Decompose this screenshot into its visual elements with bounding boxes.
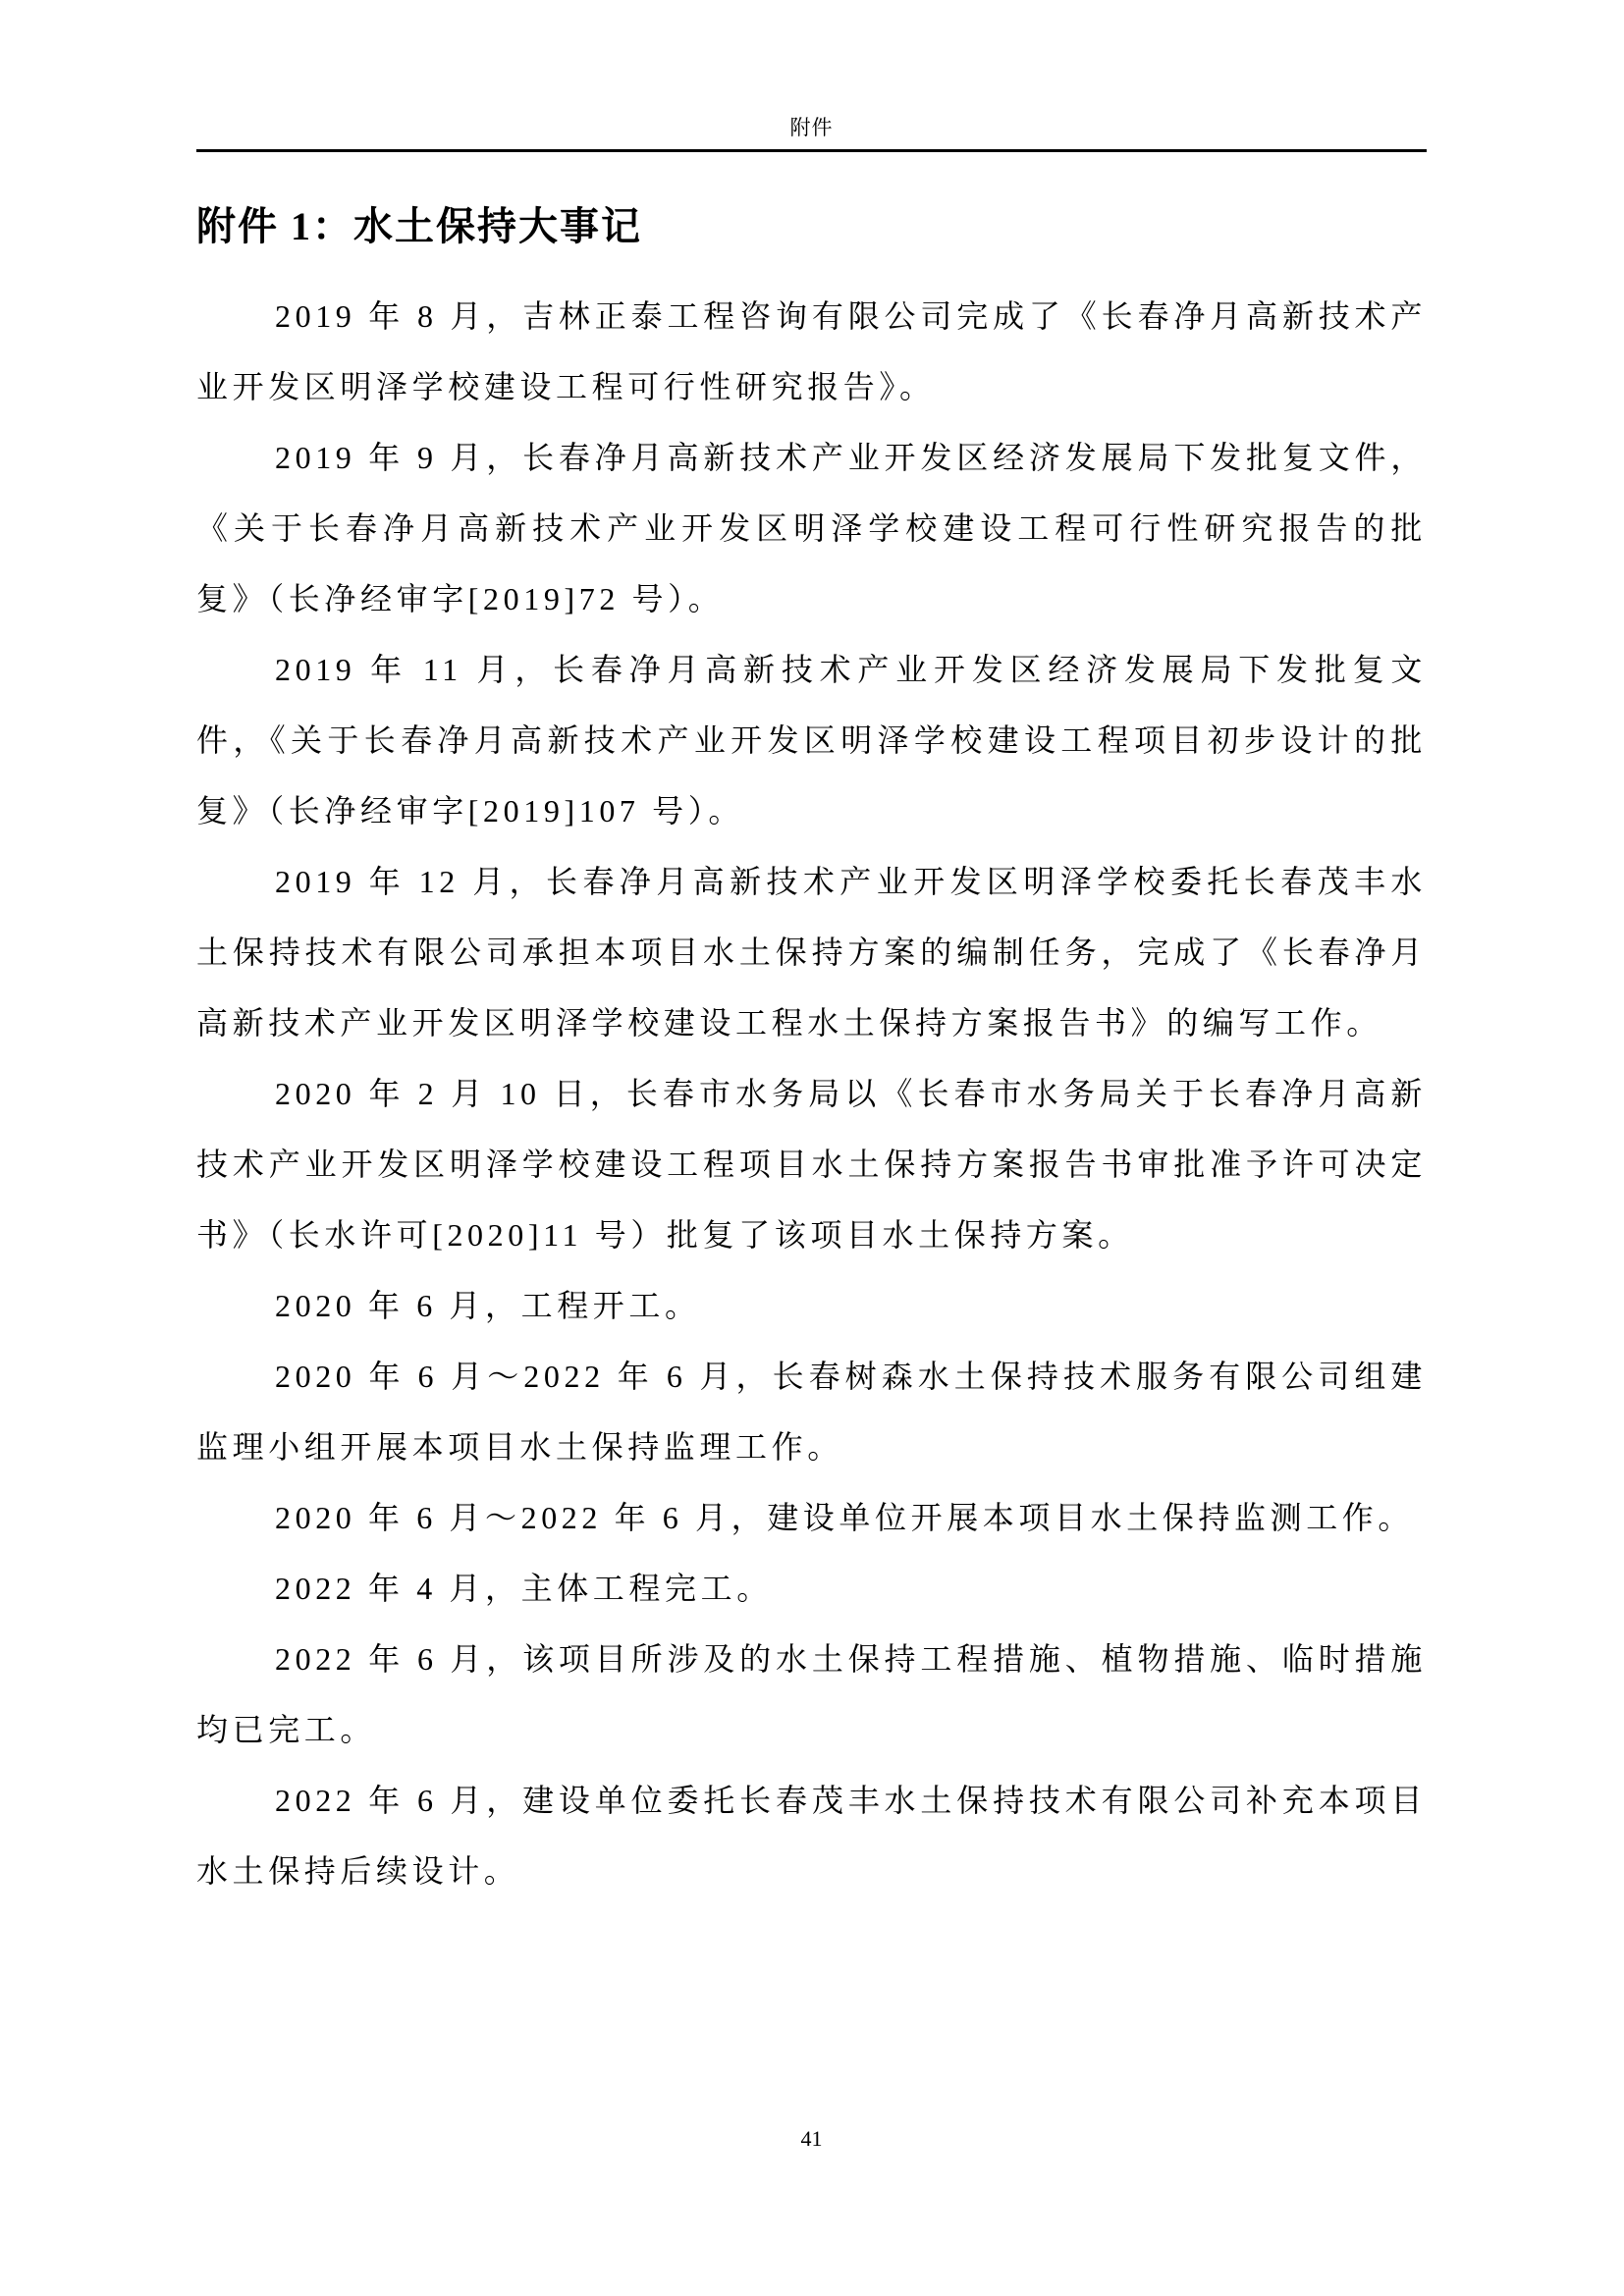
event-paragraph-2020-06-start: 2020 年 6 月，工程开工。 bbox=[196, 1270, 1427, 1341]
event-paragraph-2019-12: 2019 年 12 月，长春净月高新技术产业开发区明泽学校委托长春茂丰水土保持技… bbox=[196, 846, 1427, 1058]
event-paragraph-2022-04: 2022 年 4 月，主体工程完工。 bbox=[196, 1553, 1427, 1624]
event-paragraph-2019-08: 2019 年 8 月，吉林正泰工程咨询有限公司完成了《长春净月高新技术产业开发区… bbox=[196, 281, 1427, 422]
event-paragraph-2019-11: 2019 年 11 月，长春净月高新技术产业开发区经济发展局下发批复文件，《关于… bbox=[196, 634, 1427, 846]
running-header: 附件 bbox=[196, 110, 1427, 153]
document-body: 2019 年 8 月，吉林正泰工程咨询有限公司完成了《长春净月高新技术产业开发区… bbox=[196, 281, 1427, 1906]
event-paragraph-2022-06-design: 2022 年 6 月，建设单位委托长春茂丰水土保持技术有限公司补充本项目水土保持… bbox=[196, 1765, 1427, 1906]
event-paragraph-2019-09: 2019 年 9 月，长春净月高新技术产业开发区经济发展局下发批复文件，《关于长… bbox=[196, 422, 1427, 634]
page-number: 41 bbox=[196, 2124, 1427, 2154]
event-paragraph-2020-02: 2020 年 2 月 10 日，长春市水务局以《长春市水务局关于长春净月高新技术… bbox=[196, 1058, 1427, 1270]
event-paragraph-monitoring: 2020 年 6 月～2022 年 6 月，建设单位开展本项目水土保持监测工作。 bbox=[196, 1482, 1427, 1553]
event-paragraph-2022-06-complete: 2022 年 6 月，该项目所涉及的水土保持工程措施、植物措施、临时措施均已完工… bbox=[196, 1624, 1427, 1765]
event-paragraph-supervision: 2020 年 6 月～2022 年 6 月，长春树森水土保持技术服务有限公司组建… bbox=[196, 1341, 1427, 1482]
page-title: 附件 1：水土保持大事记 bbox=[196, 199, 642, 254]
header-divider bbox=[196, 149, 1427, 152]
